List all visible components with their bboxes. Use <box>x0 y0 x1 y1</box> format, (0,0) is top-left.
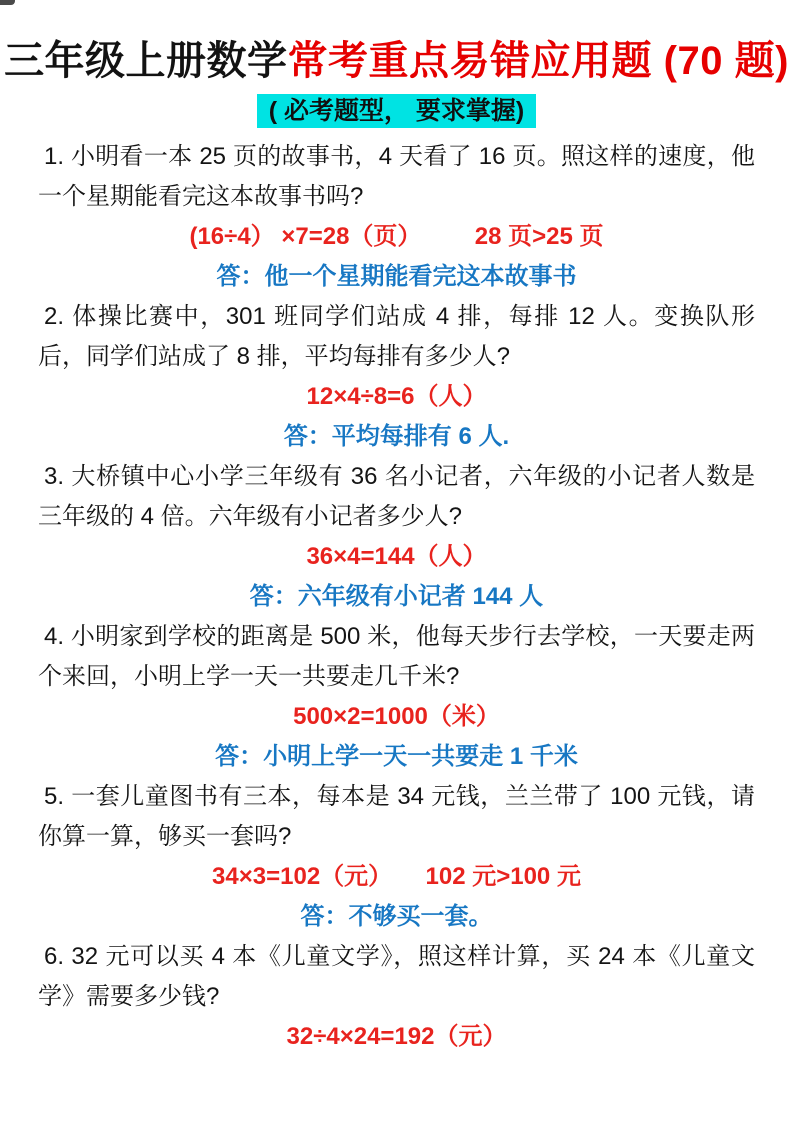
solution-equation: 34×3=102（元） 102 元>100 元 <box>38 857 755 897</box>
solution-equation: 500×2=1000（米） <box>38 697 755 737</box>
question-text: 2. 体操比赛中，301 班同学们站成 4 排，每排 12 人。变换队形后，同学… <box>38 297 755 377</box>
solution-equation: 36×4=144（人） <box>38 537 755 577</box>
subtitle-row: ( 必考题型， 要求掌握) <box>0 94 793 128</box>
question-text: 4. 小明家到学校的距离是 500 米，他每天步行去学校，一天要走两个来回，小明… <box>38 617 755 697</box>
question-text: 5. 一套儿童图书有三本，每本是 34 元钱，兰兰带了 100 元钱，请你算一算… <box>38 777 755 857</box>
question-text: 3. 大桥镇中心小学三年级有 36 名小记者，六年级的小记者人数是三年级的 4 … <box>38 457 755 537</box>
solution-answer: 答：小明上学一天一共要走 1 千米 <box>38 737 755 777</box>
solution-answer: 答：平均每排有 6 人. <box>38 417 755 457</box>
worksheet-page: { "document": { "title": { "grade_part":… <box>0 0 793 1122</box>
solution-equation: 32÷4×24=192（元） <box>38 1017 755 1057</box>
solution-equation: (16÷4） ×7=28（页） 28 页>25 页 <box>38 217 755 257</box>
solution-equation: 12×4÷8=6（人） <box>38 377 755 417</box>
solution-answer: 答：六年级有小记者 144 人 <box>38 577 755 617</box>
question-item: 3. 大桥镇中心小学三年级有 36 名小记者，六年级的小记者人数是三年级的 4 … <box>38 457 755 617</box>
questions-list: 1. 小明看一本 25 页的故事书，4 天看了 16 页。照这样的速度，他一个星… <box>38 137 755 1057</box>
question-text: 6. 32 元可以买 4 本《儿童文学》，照这样计算，买 24 本《儿童文学》需… <box>38 937 755 1017</box>
title-topic-part: 常考重点易错应用题 (70 题) <box>288 39 789 83</box>
question-item: 1. 小明看一本 25 页的故事书，4 天看了 16 页。照这样的速度，他一个星… <box>38 137 755 297</box>
question-item: 6. 32 元可以买 4 本《儿童文学》，照这样计算，买 24 本《儿童文学》需… <box>38 937 755 1057</box>
question-item: 5. 一套儿童图书有三本，每本是 34 元钱，兰兰带了 100 元钱，请你算一算… <box>38 777 755 937</box>
scan-artifact <box>0 0 15 5</box>
solution-answer: 答：他一个星期能看完这本故事书 <box>38 257 755 297</box>
question-item: 2. 体操比赛中，301 班同学们站成 4 排，每排 12 人。变换队形后，同学… <box>38 297 755 457</box>
subtitle-highlight: ( 必考题型， 要求掌握) <box>257 94 537 128</box>
question-text: 1. 小明看一本 25 页的故事书，4 天看了 16 页。照这样的速度，他一个星… <box>38 137 755 217</box>
title-grade-part: 三年级上册数学 <box>4 39 288 83</box>
page-title: 三年级上册数学常考重点易错应用题 (70 题) <box>0 0 793 90</box>
question-item: 4. 小明家到学校的距离是 500 米，他每天步行去学校，一天要走两个来回，小明… <box>38 617 755 777</box>
solution-answer: 答：不够买一套。 <box>38 897 755 937</box>
